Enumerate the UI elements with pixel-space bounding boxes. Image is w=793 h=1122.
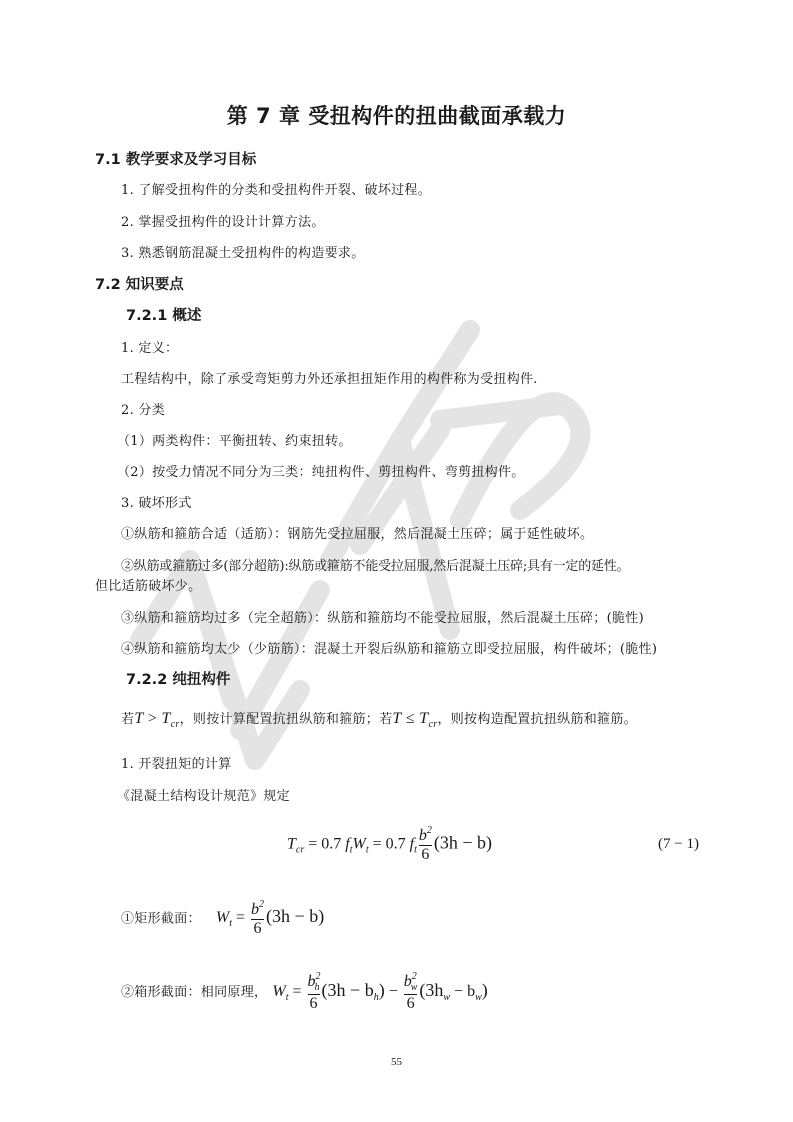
condition-then-2: ，则按构造配置抗扭纵筋和箍筋。 [437,712,637,727]
rect-fraction: b26 [251,900,264,938]
box-term1: (3h − b [322,980,374,1000]
classification-item-1: （1）两类构件：平衡扭转、约束扭转。 [117,430,352,449]
symbol-T: T [134,710,143,727]
section-7-2-2-heading: 7.2.2 纯扭构件 [126,668,230,689]
section-7-2-heading: 7.2 知识要点 [95,273,184,294]
rect-eq: = [232,909,249,926]
chapter-title: 第 7 章 受扭构件的扭曲截面承载力 [0,100,793,130]
frac-den: 6 [421,846,429,864]
objective-item-2: 2. 掌握受扭构件的设计计算方法。 [121,211,325,230]
failure-item-1: ①纵筋和箍筋合适（适筋）：钢筋先受拉屈服，然后混凝土压碎；属于延性破坏。 [121,523,593,542]
box-eq: = [289,983,306,1000]
operator-gt: > [144,710,162,727]
failure-item-3: ③纵筋和箍筋均过多（完全超筋）：纵筋和箍筋均不能受拉屈服，然后混凝土压碎；(脆性… [121,607,644,626]
section-7-2-1-heading: 7.2.1 概述 [126,304,201,325]
objective-item-3: 3. 熟悉钢筋混凝土受扭构件的构造要求。 [121,242,365,261]
objective-item-1: 1. 了解受扭构件的分类和受扭构件开裂、破坏过程。 [121,179,431,198]
definition-text: 工程结构中，除了承受弯矩剪力外还承担扭矩作用的构件称为受扭构件. [121,368,538,387]
operator-le: ≤ [402,710,420,727]
failure-item-2-continued: 但比适筋破坏少。 [95,575,201,594]
frac-num-sup: 2 [316,971,321,982]
frac-num-sup: 2 [427,825,432,836]
frac-num-sup: 2 [412,971,417,982]
eq-lhs-sub: cr [296,844,304,855]
box-term2-close: ) [482,980,488,1000]
torsion-condition: 若T > Tcr，则按计算配置抗扭纵筋和箍筋；若T ≤ Tcr，则按构造配置抗扭… [121,708,637,730]
symbol-Tcr: T [419,710,428,727]
condition-if-1: 若 [121,712,134,727]
box-lhs: W [272,983,285,1000]
eq-part1: = 0.7 [304,835,345,852]
box-fraction-1: b2h6 [308,972,320,1013]
rect-lhs: W [216,909,229,926]
classification-label: 2. 分类 [121,399,165,418]
failure-item-4: ④纵筋和箍筋均太少（少筋筋）：混凝土开裂后纵筋和箍筋立即受拉屈服，构件破坏；(脆… [121,638,657,657]
box-minus: − [385,983,402,1000]
symbol-T: T [392,710,401,727]
frac-num-sup: 2 [259,899,264,910]
box-term2-a: (3h [419,980,443,1000]
rect-section-formula: ①矩形截面： Wt = b26(3h − b) [121,900,324,938]
frac-num-sub: w [411,982,418,993]
equation-7-1: Tcr = 0.7 ftWt = 0.7 ftb26(3h − b) [287,826,492,864]
cracking-torque-label: 1. 开裂扭矩的计算 [121,753,232,772]
eq-ft2-sub: t [414,844,417,855]
page-number: 55 [0,1056,793,1068]
subscript-cr: cr [171,719,180,730]
failure-item-2: ②纵筋或箍筋过多(部分超筋):纵筋或箍筋不能受拉屈服,然后混凝土压碎;具有一定的… [121,555,629,574]
condition-then-1: ，则按计算配置抗扭纵筋和箍筋；若 [180,712,393,727]
rect-section-label: ①矩形截面： [121,911,201,926]
code-reference: 《混凝土结构设计规范》规定 [117,785,290,804]
frac-den: 6 [407,995,415,1013]
box-fraction-2: b2w6 [404,972,418,1013]
definition-label: 1. 定义： [121,337,178,356]
failure-label: 3. 破坏形式 [121,492,192,511]
frac-num-sub: h [315,982,320,993]
symbol-Tcr: T [161,710,170,727]
eq-fraction: b26 [419,826,432,864]
frac-num: b [251,901,259,918]
frac-den: 6 [310,995,318,1013]
equation-number: (7 − 1) [658,836,699,853]
box-section-formula: ②箱形截面：相同原理， Wt = b2h6(3h − bh) − b2w6(3h… [121,972,488,1013]
eq-lhs: T [287,835,296,852]
box-term2-b: − b [450,983,475,1000]
eq-W: W [353,835,366,852]
section-7-1-heading: 7.1 教学要求及学习目标 [95,148,256,169]
classification-item-2: （2）按受力情况不同分为三类：纯扭构件、剪扭构件、弯剪扭构件。 [117,461,525,480]
rect-tail: (3h − b) [266,906,324,926]
box-section-label: ②箱形截面：相同原理， [121,985,267,1000]
eq-tail: (3h − b) [434,832,492,852]
eq-part2: = 0.7 [369,835,410,852]
box-term2-b-sub: w [475,992,482,1003]
frac-den: 6 [254,920,262,938]
frac-num: b [419,827,427,844]
document-page: 第 7 章 受扭构件的扭曲截面承载力 7.1 教学要求及学习目标 1. 了解受扭… [0,0,793,1122]
